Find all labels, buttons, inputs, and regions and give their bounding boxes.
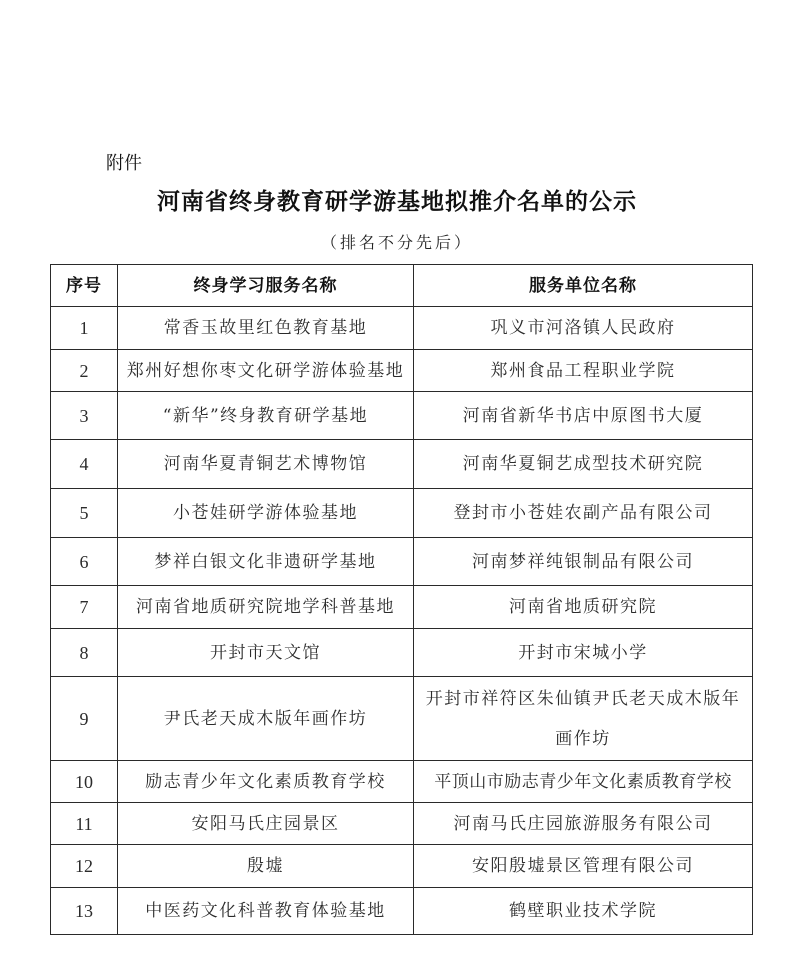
row-service-name: 尹氏老天成木版年画作坊: [118, 677, 414, 761]
row-service-name: 郑州好想你枣文化研学游体验基地: [118, 350, 414, 392]
row-unit-name: 河南省地质研究院: [414, 586, 753, 629]
header-index: 序号: [51, 265, 118, 307]
row-service-name: 励志青少年文化素质教育学校: [118, 761, 414, 803]
table-row: 9 尹氏老天成木版年画作坊 开封市祥符区朱仙镇尹氏老天成木版年画作坊: [51, 677, 753, 761]
row-service-name: 殷墟: [118, 845, 414, 888]
row-index: 6: [51, 538, 118, 586]
document-title: 河南省终身教育研学游基地拟推介名单的公示: [0, 183, 794, 216]
row-service-name: 中医药文化科普教育体验基地: [118, 888, 414, 935]
table-row: 7 河南省地质研究院地学科普基地 河南省地质研究院: [51, 586, 753, 629]
table-row: 11 安阳马氏庄园景区 河南马氏庄园旅游服务有限公司: [51, 803, 753, 845]
row-unit-name: 河南华夏铜艺成型技术研究院: [414, 440, 753, 489]
row-index: 12: [51, 845, 118, 888]
row-unit-name: 开封市祥符区朱仙镇尹氏老天成木版年画作坊: [414, 677, 753, 761]
table-row: 4 河南华夏青铜艺术博物馆 河南华夏铜艺成型技术研究院: [51, 440, 753, 489]
attachment-label: 附件: [106, 149, 142, 175]
row-service-name: 小苍娃研学游体验基地: [118, 489, 414, 538]
row-index: 1: [51, 307, 118, 350]
base-list-table: 序号 终身学习服务名称 服务单位名称 1 常香玉故里红色教育基地 巩义市河洛镇人…: [50, 264, 753, 935]
row-unit-name: 开封市宋城小学: [414, 629, 753, 677]
table-row: 1 常香玉故里红色教育基地 巩义市河洛镇人民政府: [51, 307, 753, 350]
row-index: 13: [51, 888, 118, 935]
row-index: 4: [51, 440, 118, 489]
row-index: 3: [51, 392, 118, 440]
row-index: 11: [51, 803, 118, 845]
row-service-name: 河南华夏青铜艺术博物馆: [118, 440, 414, 489]
row-unit-name: 河南省新华书店中原图书大厦: [414, 392, 753, 440]
row-unit-name: 安阳殷墟景区管理有限公司: [414, 845, 753, 888]
row-unit-name: 登封市小苍娃农副产品有限公司: [414, 489, 753, 538]
row-index: 10: [51, 761, 118, 803]
row-unit-name: 鹤壁职业技术学院: [414, 888, 753, 935]
header-unit-name: 服务单位名称: [414, 265, 753, 307]
table-row: 10 励志青少年文化素质教育学校 平顶山市励志青少年文化素质教育学校: [51, 761, 753, 803]
row-index: 8: [51, 629, 118, 677]
table-row: 8 开封市天文馆 开封市宋城小学: [51, 629, 753, 677]
row-unit-name: 河南马氏庄园旅游服务有限公司: [414, 803, 753, 845]
row-service-name: 开封市天文馆: [118, 629, 414, 677]
row-unit-name: 巩义市河洛镇人民政府: [414, 307, 753, 350]
row-unit-name: 河南梦祥纯银制品有限公司: [414, 538, 753, 586]
row-service-name: 河南省地质研究院地学科普基地: [118, 586, 414, 629]
row-unit-name: 平顶山市励志青少年文化素质教育学校: [414, 761, 753, 803]
row-index: 7: [51, 586, 118, 629]
table-row: 2 郑州好想你枣文化研学游体验基地 郑州食品工程职业学院: [51, 350, 753, 392]
row-index: 9: [51, 677, 118, 761]
row-service-name: 梦祥白银文化非遗研学基地: [118, 538, 414, 586]
table-row: 6 梦祥白银文化非遗研学基地 河南梦祥纯银制品有限公司: [51, 538, 753, 586]
table-row: 12 殷墟 安阳殷墟景区管理有限公司: [51, 845, 753, 888]
row-service-name: 安阳马氏庄园景区: [118, 803, 414, 845]
row-index: 5: [51, 489, 118, 538]
row-service-name: 常香玉故里红色教育基地: [118, 307, 414, 350]
table-header-row: 序号 终身学习服务名称 服务单位名称: [51, 265, 753, 307]
header-service-name: 终身学习服务名称: [118, 265, 414, 307]
table-row: 5 小苍娃研学游体验基地 登封市小苍娃农副产品有限公司: [51, 489, 753, 538]
document-subtitle: （排名不分先后）: [0, 230, 794, 253]
table-row: 3 “新华”终身教育研学基地 河南省新华书店中原图书大厦: [51, 392, 753, 440]
row-index: 2: [51, 350, 118, 392]
row-service-name: “新华”终身教育研学基地: [118, 392, 414, 440]
table-row: 13 中医药文化科普教育体验基地 鹤壁职业技术学院: [51, 888, 753, 935]
row-unit-name: 郑州食品工程职业学院: [414, 350, 753, 392]
